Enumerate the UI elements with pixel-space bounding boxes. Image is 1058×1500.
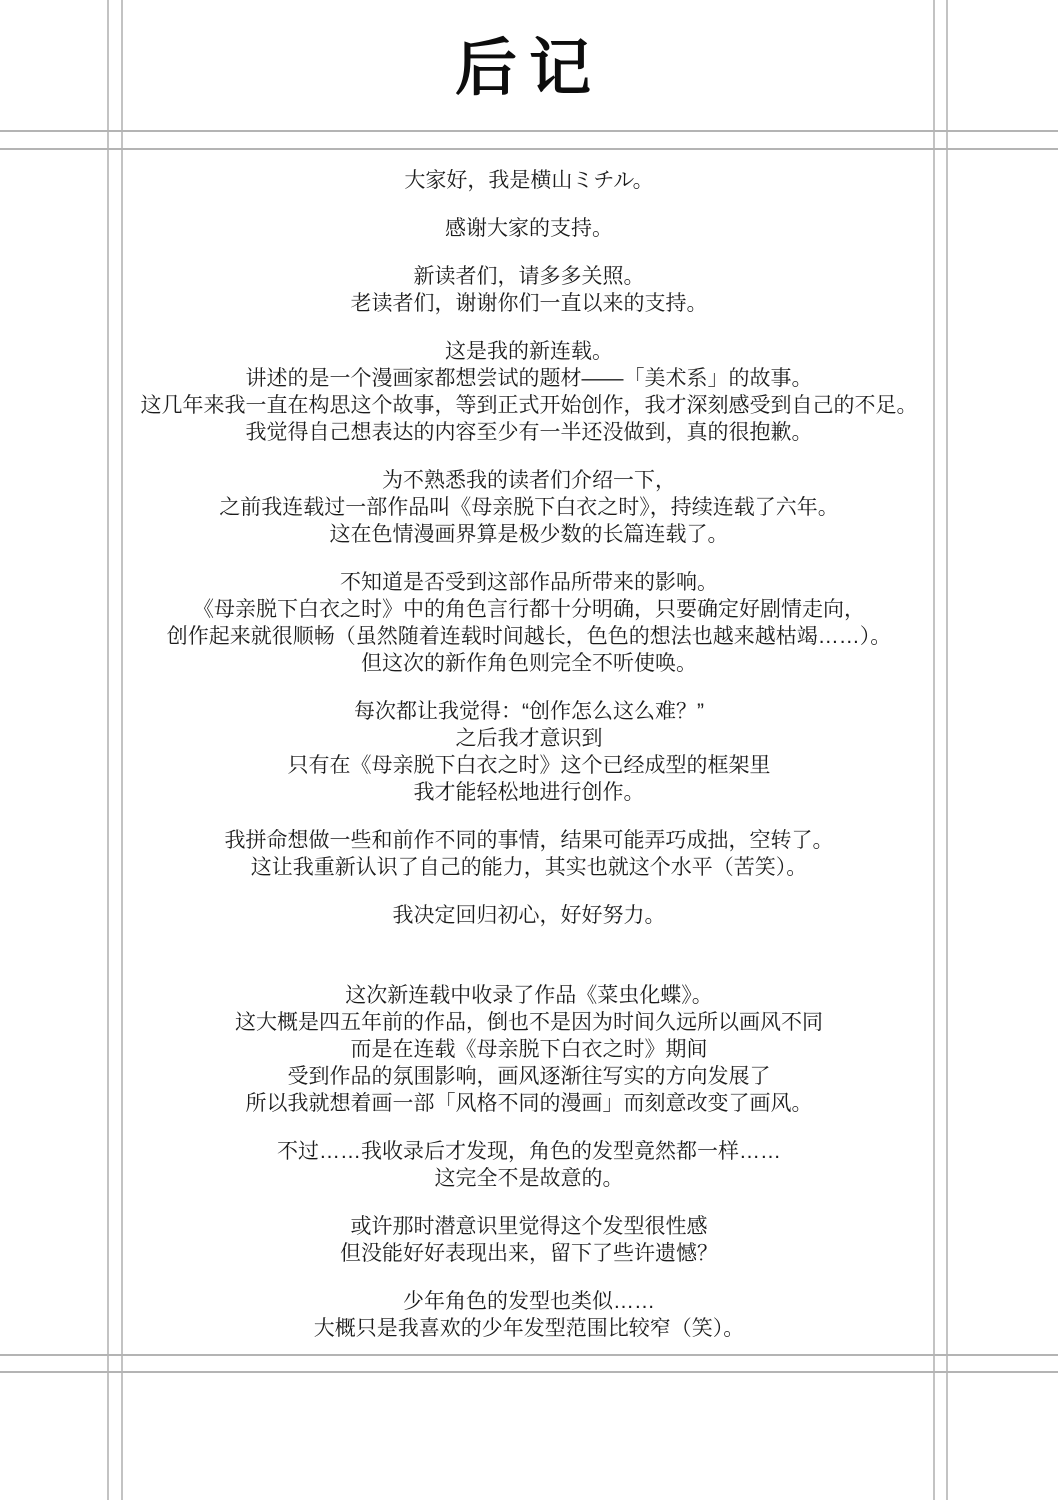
paragraph-reflection: 我拼命想做一些和前作不同的事情，结果可能弄巧成拙，空转了。 这让我重新认识了自己…: [0, 827, 1058, 881]
text-line: 我才能轻松地进行创作。: [0, 779, 1058, 806]
text-line: 这完全不是故意的。: [0, 1165, 1058, 1192]
text-line: 只有在《母亲脱下白衣之时》这个已经成型的框架里: [0, 752, 1058, 779]
text-line: 但没能好好表现出来，留下了些许遗憾？: [0, 1240, 1058, 1267]
paragraph-subconscious: 或许那时潜意识里觉得这个发型很性感 但没能好好表现出来，留下了些许遗憾？: [0, 1213, 1058, 1267]
text-line: 之后我才意识到: [0, 725, 1058, 752]
paragraph-hairstyle: 不过……我收录后才发现，角色的发型竟然都一样…… 这完全不是故意的。: [0, 1138, 1058, 1192]
paragraph-difficulty: 每次都让我觉得：“创作怎么这么难？” 之后我才意识到 只有在《母亲脱下白衣之时》…: [0, 698, 1058, 806]
text-line: 这大概是四五年前的作品，倒也不是因为时间久远所以画风不同: [0, 1009, 1058, 1036]
paragraph-boy-hairstyle: 少年角色的发型也类似…… 大概只是我喜欢的少年发型范围比较窄（笑）。: [0, 1288, 1058, 1342]
text-line: 所以我就想着画一部「风格不同的漫画」而刻意改变了画风。: [0, 1090, 1058, 1117]
text-line: 少年角色的发型也类似……: [0, 1288, 1058, 1315]
text-line: 大概只是我喜欢的少年发型范围比较窄（笑）。: [0, 1315, 1058, 1342]
text-line: 我拼命想做一些和前作不同的事情，结果可能弄巧成拙，空转了。: [0, 827, 1058, 854]
page-title: 后记: [0, 34, 1058, 102]
text-line: 这次新连载中收录了作品《菜虫化蝶》。: [0, 982, 1058, 1009]
paragraph-thanks: 感谢大家的支持。: [0, 215, 1058, 242]
text-line: 而是在连载《母亲脱下白衣之时》期间: [0, 1036, 1058, 1063]
paragraph-previous-work: 为不熟悉我的读者们介绍一下， 之前我连载过一部作品叫《母亲脱下白衣之时》，持续连…: [0, 467, 1058, 548]
paragraph-included-work: 这次新连载中收录了作品《菜虫化蝶》。 这大概是四五年前的作品，倒也不是因为时间久…: [0, 982, 1058, 1117]
text-line: 这是我的新连载。: [0, 338, 1058, 365]
text-line: 之前我连载过一部作品叫《母亲脱下白衣之时》，持续连载了六年。: [0, 494, 1058, 521]
paragraph-greeting: 大家好，我是横山ミチル。: [0, 167, 1058, 194]
text-line: 《母亲脱下白衣之时》中的角色言行都十分明确，只要确定好剧情走向，: [0, 596, 1058, 623]
text-line: 或许那时潜意识里觉得这个发型很性感: [0, 1213, 1058, 1240]
text-line: 老读者们，谢谢你们一直以来的支持。: [0, 290, 1058, 317]
text-line: 不知道是否受到这部作品所带来的影响。: [0, 569, 1058, 596]
paragraph-readers: 新读者们，请多多关照。 老读者们，谢谢你们一直以来的支持。: [0, 263, 1058, 317]
text-line: 受到作品的氛围影响，画风逐渐往写实的方向发展了: [0, 1063, 1058, 1090]
paragraph-resolution: 我决定回归初心，好好努力。: [0, 902, 1058, 929]
text-line: 不过……我收录后才发现，角色的发型竟然都一样……: [0, 1138, 1058, 1165]
text-line: 感谢大家的支持。: [0, 215, 1058, 242]
text-line: 为不熟悉我的读者们介绍一下，: [0, 467, 1058, 494]
text-line: 但这次的新作角色则完全不听使唤。: [0, 650, 1058, 677]
paragraph-new-series: 这是我的新连载。 讲述的是一个漫画家都想尝试的题材——「美术系」的故事。 这几年…: [0, 338, 1058, 446]
frame-line-horizontal-top-outer: [0, 130, 1058, 132]
afterword-page: 后记 大家好，我是横山ミチル。 感谢大家的支持。 新读者们，请多多关照。 老读者…: [0, 0, 1058, 1500]
text-line: 这让我重新认识了自己的能力，其实也就这个水平（苦笑）。: [0, 854, 1058, 881]
text-line: 讲述的是一个漫画家都想尝试的题材——「美术系」的故事。: [0, 365, 1058, 392]
frame-line-horizontal-bottom-inner: [0, 1354, 1058, 1356]
frame-line-horizontal-bottom-outer: [0, 1371, 1058, 1373]
text-line: 我决定回归初心，好好努力。: [0, 902, 1058, 929]
text-line: 创作起来就很顺畅（虽然随着连载时间越长，色色的想法也越来越枯竭……）。: [0, 623, 1058, 650]
paragraph-influence: 不知道是否受到这部作品所带来的影响。 《母亲脱下白衣之时》中的角色言行都十分明确…: [0, 569, 1058, 677]
text-line: 这几年来我一直在构思这个故事，等到正式开始创作，我才深刻感受到自己的不足。: [0, 392, 1058, 419]
frame-line-horizontal-top-inner: [0, 148, 1058, 150]
text-line: 这在色情漫画界算是极少数的长篇连载了。: [0, 521, 1058, 548]
text-line: 新读者们，请多多关照。: [0, 263, 1058, 290]
text-line: 我觉得自己想表达的内容至少有一半还没做到，真的很抱歉。: [0, 419, 1058, 446]
text-line: 大家好，我是横山ミチル。: [0, 167, 1058, 194]
text-line: 每次都让我觉得：“创作怎么这么难？”: [0, 698, 1058, 725]
afterword-body: 大家好，我是横山ミチル。 感谢大家的支持。 新读者们，请多多关照。 老读者们，谢…: [0, 167, 1058, 1342]
